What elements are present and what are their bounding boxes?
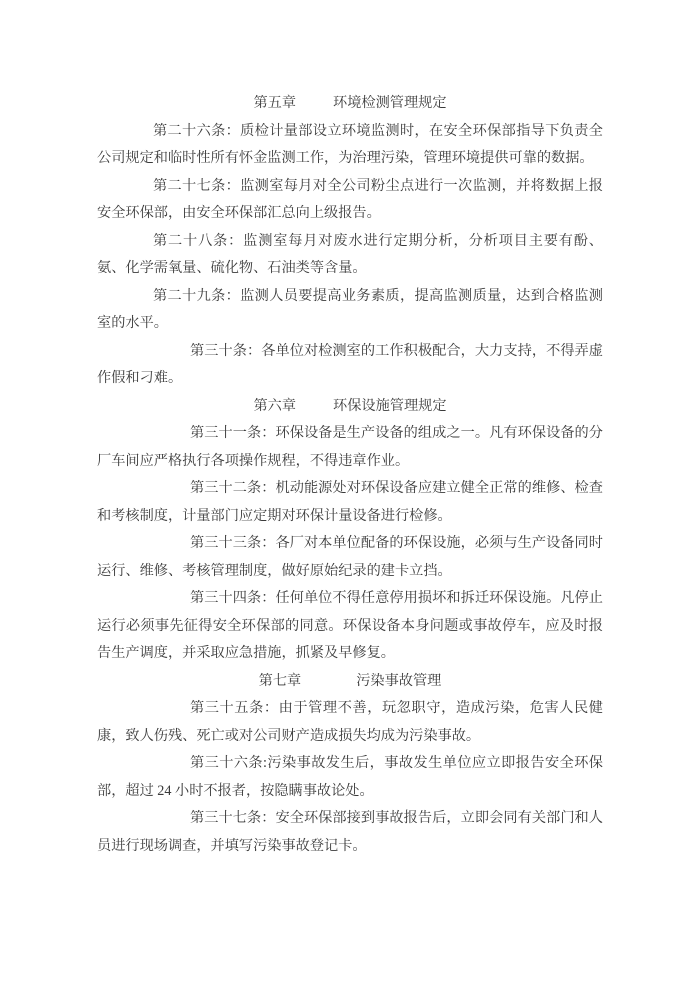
article-32: 第三十二条：机动能源处对环保设备应建立健全正常的维修、检查和考核制度，计量部门应… [97,475,603,530]
document-page: 第五章 环境检测管理规定 第二十六条：质检计量部设立环境监测时，在安全环保部指导… [0,0,700,990]
article-26: 第二十六条：质检计量部设立环境监测时，在安全环保部指导下负责全公司规定和临时性所… [97,118,603,173]
chapter-5-number: 第五章 [253,90,296,118]
article-36: 第三十六条:污染事故发生后，事故发生单位应立即报告安全环保部，超过 24 小时不… [97,750,603,805]
chapter-6-title: 环保设施管理规定 [333,393,447,421]
article-35: 第三十五条：由于管理不善，玩忽职守，造成污染，危害人民健康，致人伤残、死亡或对公… [97,695,603,750]
chapter-7-number: 第七章 [259,668,302,696]
article-28: 第二十八条：监测室每月对废水进行定期分析，分析项目主要有酚、氨、化学需氧量、硫化… [97,228,603,283]
article-33: 第三十三条：各厂对本单位配备的环保设施，必须与生产设备同时运行、维修、考核管理制… [97,530,603,585]
article-30: 第三十条：各单位对检测室的工作积极配合，大力支持，不得弄虚作假和刁难。 [97,338,603,393]
article-27: 第二十七条：监测室每月对全公司粉尘点进行一次监测，并将数据上报安全环保部，由安全… [97,173,603,228]
article-31: 第三十一条：环保设备是生产设备的组成之一。凡有环保设备的分厂车间应严格执行各项操… [97,420,603,475]
chapter-6-number: 第六章 [253,393,296,421]
chapter-7-title: 污染事故管理 [356,668,441,696]
article-37: 第三十七条：安全环保部接到事故报告后，立即会同有关部门和人员进行现场调查，并填写… [97,805,603,860]
article-34: 第三十四条：任何单位不得任意停用损坏和拆迁环保设施。凡停止运行必须事先征得安全环… [97,585,603,668]
chapter-5-heading: 第五章 环境检测管理规定 [97,90,603,118]
chapter-7-heading: 第七章 污染事故管理 [97,668,603,696]
chapter-5-title: 环境检测管理规定 [333,90,447,118]
article-29: 第二十九条：监测人员要提高业务素质，提高监测质量，达到合格监测室的水平。 [97,283,603,338]
chapter-6-heading: 第六章 环保设施管理规定 [97,393,603,421]
